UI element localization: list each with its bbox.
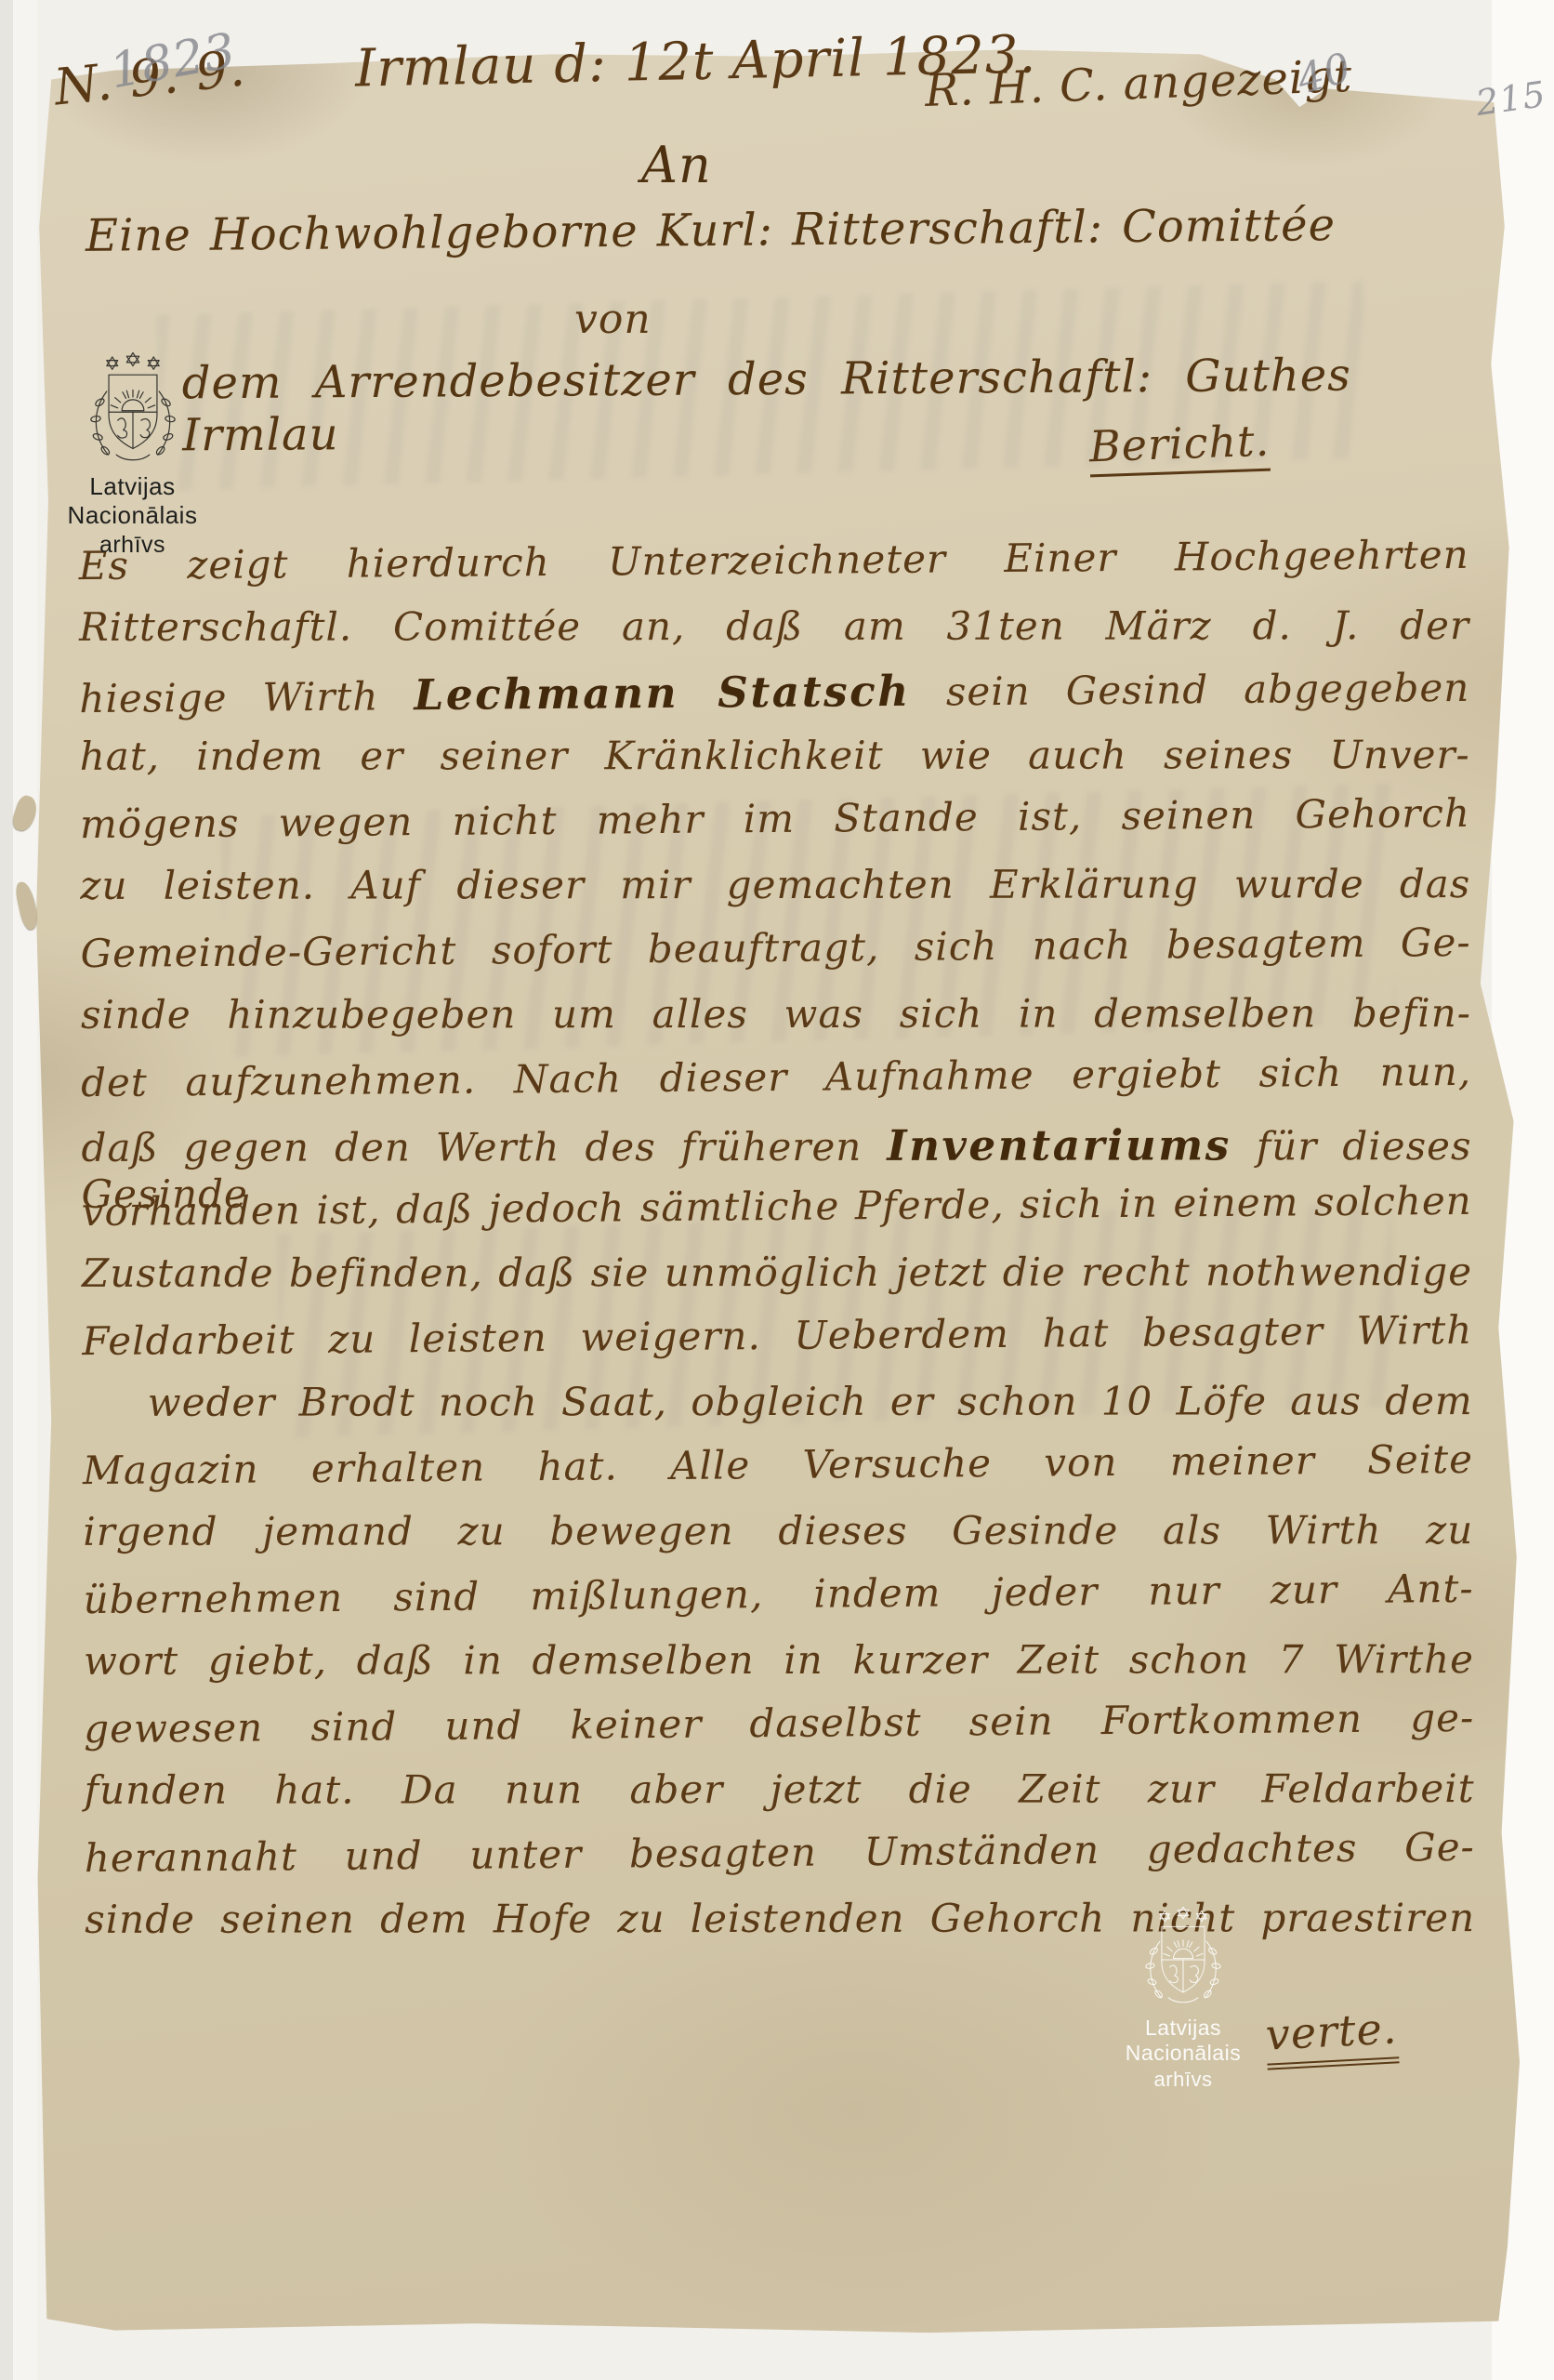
recipient-line: Eine Hochwohlgeborne Kurl: Ritterschaftl… [86, 199, 1336, 262]
text-segment: Zustande befinden, daß sie unmöglich jet… [82, 1249, 1472, 1296]
text-segment: hat, indem er seiner Kränklichkeit wie a… [80, 732, 1470, 779]
scanner-background: N. 9. 9. 1823 Irmlau d: 12t April 1823. … [0, 0, 1554, 2380]
archive-name-label: Latvijas Nacionālais [37, 472, 228, 530]
from-word: von [574, 296, 652, 343]
text-segment: irgend jemand zu bewegen dieses Gesinde … [83, 1507, 1473, 1554]
manuscript-line: gewesen sind und keiner daselbst sein Fo… [84, 1695, 1475, 1771]
manuscript-line: det aufzunehmen. Nach dieser Aufnahme er… [81, 1049, 1472, 1125]
manuscript-line: wort giebt, daß in demselben in kurzer Z… [84, 1636, 1474, 1702]
text-segment: herannaht und unter besagten Umständen g… [85, 1824, 1475, 1881]
turn-note: verte. [1264, 2003, 1399, 2069]
archive-name-sub: arhīvs [1095, 2068, 1271, 2092]
manuscript-line: weder Brodt noch Saat, obgleich er schon… [83, 1378, 1473, 1444]
report-label: Bericht. [1088, 416, 1271, 478]
manuscript-line: funden hat. Da nun aber jetzt die Zeit z… [85, 1765, 1475, 1831]
address-to: An [641, 136, 712, 194]
manuscript-line: daß gegen den Werth des früheren Inventa… [82, 1119, 1472, 1185]
manuscript-line: Ritterschaftl. Comittée an, daß am 31ten… [79, 602, 1469, 668]
text-segment: Gemeinde-Gericht sofort beauftragt, sich… [80, 919, 1470, 976]
coat-of-arms-icon [72, 351, 194, 469]
manuscript-line: übernehmen sind mißlungen, indem jeder n… [83, 1566, 1474, 1642]
manuscript-line: Feldarbeit zu leisten weigern. Ueberdem … [82, 1307, 1473, 1383]
manuscript-line: hiesige Wirth Lechmann Statsch sein Gesi… [79, 661, 1470, 737]
manuscript-line: hat, indem er seiner Kränklichkeit wie a… [80, 732, 1470, 798]
text-segment: sein Gesind abgegeben [911, 665, 1470, 715]
manuscript-line: herannaht und unter besagten Umständen g… [85, 1824, 1476, 1900]
archive-name-sub: arhīvs [37, 532, 228, 559]
manuscript-line: Magazin erhalten hat. Alle Versuche von … [83, 1436, 1474, 1513]
torn-edge-fragment [14, 880, 40, 932]
text-segment: hiesige Wirth [79, 673, 414, 721]
manuscript-line: sinde hinzubegeben um alles was sich in … [81, 990, 1471, 1056]
text-segment: Magazin erhalten hat. Alle Versuche von … [83, 1436, 1473, 1493]
emphasized-name: Lechmann Statsch [414, 666, 911, 720]
text-segment: funden hat. Da nun aber jetzt die Zeit z… [85, 1765, 1475, 1813]
emphasized-name: Inventariums [887, 1119, 1231, 1170]
text-segment: übernehmen sind mißlungen, indem jeder n… [83, 1566, 1473, 1622]
coat-of-arms-icon [1139, 1906, 1228, 2010]
manuscript-line: Zustande befinden, daß sie unmöglich jet… [82, 1249, 1472, 1315]
text-segment: zu leisten. Auf dieser mir gemachten Erk… [80, 861, 1470, 908]
text-segment: Feldarbeit zu leisten weigern. Ueberdem … [82, 1307, 1472, 1364]
pencil-page-number: 215 [1473, 73, 1548, 124]
manuscript-line: mögens wegen nicht mehr im Stande ist, s… [80, 790, 1471, 866]
text-segment: Es zeigt hierdurch Unterzeichneter Einer… [79, 532, 1469, 588]
manuscript-line: irgend jemand zu bewegen dieses Gesinde … [83, 1507, 1473, 1573]
text-segment: Ritterschaftl. Comittée an, daß am 31ten… [79, 602, 1469, 650]
manuscript-body: Es zeigt hierdurch Unterzeichneter Einer… [79, 535, 1476, 1963]
text-segment: det aufzunehmen. Nach dieser Aufnahme er… [81, 1049, 1471, 1105]
text-segment: daß gegen den Werth des früheren [82, 1123, 888, 1170]
archive-watermark-top: Latvijas Nacionālais arhīvs [37, 351, 228, 559]
text-segment: sinde hinzubegeben um alles was sich in … [81, 990, 1471, 1038]
text-segment: vorhanden ist, daß jedoch sämtliche Pfer… [82, 1178, 1472, 1235]
text-segment: wort giebt, daß in demselben in kurzer Z… [84, 1636, 1474, 1684]
text-segment: gewesen sind und keiner daselbst sein Fo… [84, 1695, 1474, 1752]
text-segment: weder Brodt noch Saat, obgleich er schon… [148, 1378, 1473, 1425]
torn-edge-fragment [10, 794, 41, 834]
manuscript-line: Gemeinde-Gericht sofort beauftragt, sich… [80, 919, 1471, 996]
manuscript-line: Es zeigt hierdurch Unterzeichneter Einer… [79, 532, 1470, 608]
archive-watermark-bottom: Latvijas Nacionālais arhīvs [1095, 1906, 1271, 2092]
text-segment: mögens wegen nicht mehr im Stande ist, s… [80, 790, 1470, 847]
manuscript-line: zu leisten. Auf dieser mir gemachten Erk… [80, 861, 1470, 927]
archive-name-label: Latvijas Nacionālais [1095, 2016, 1271, 2066]
manuscript-line: vorhanden ist, daß jedoch sämtliche Pfer… [82, 1178, 1473, 1254]
